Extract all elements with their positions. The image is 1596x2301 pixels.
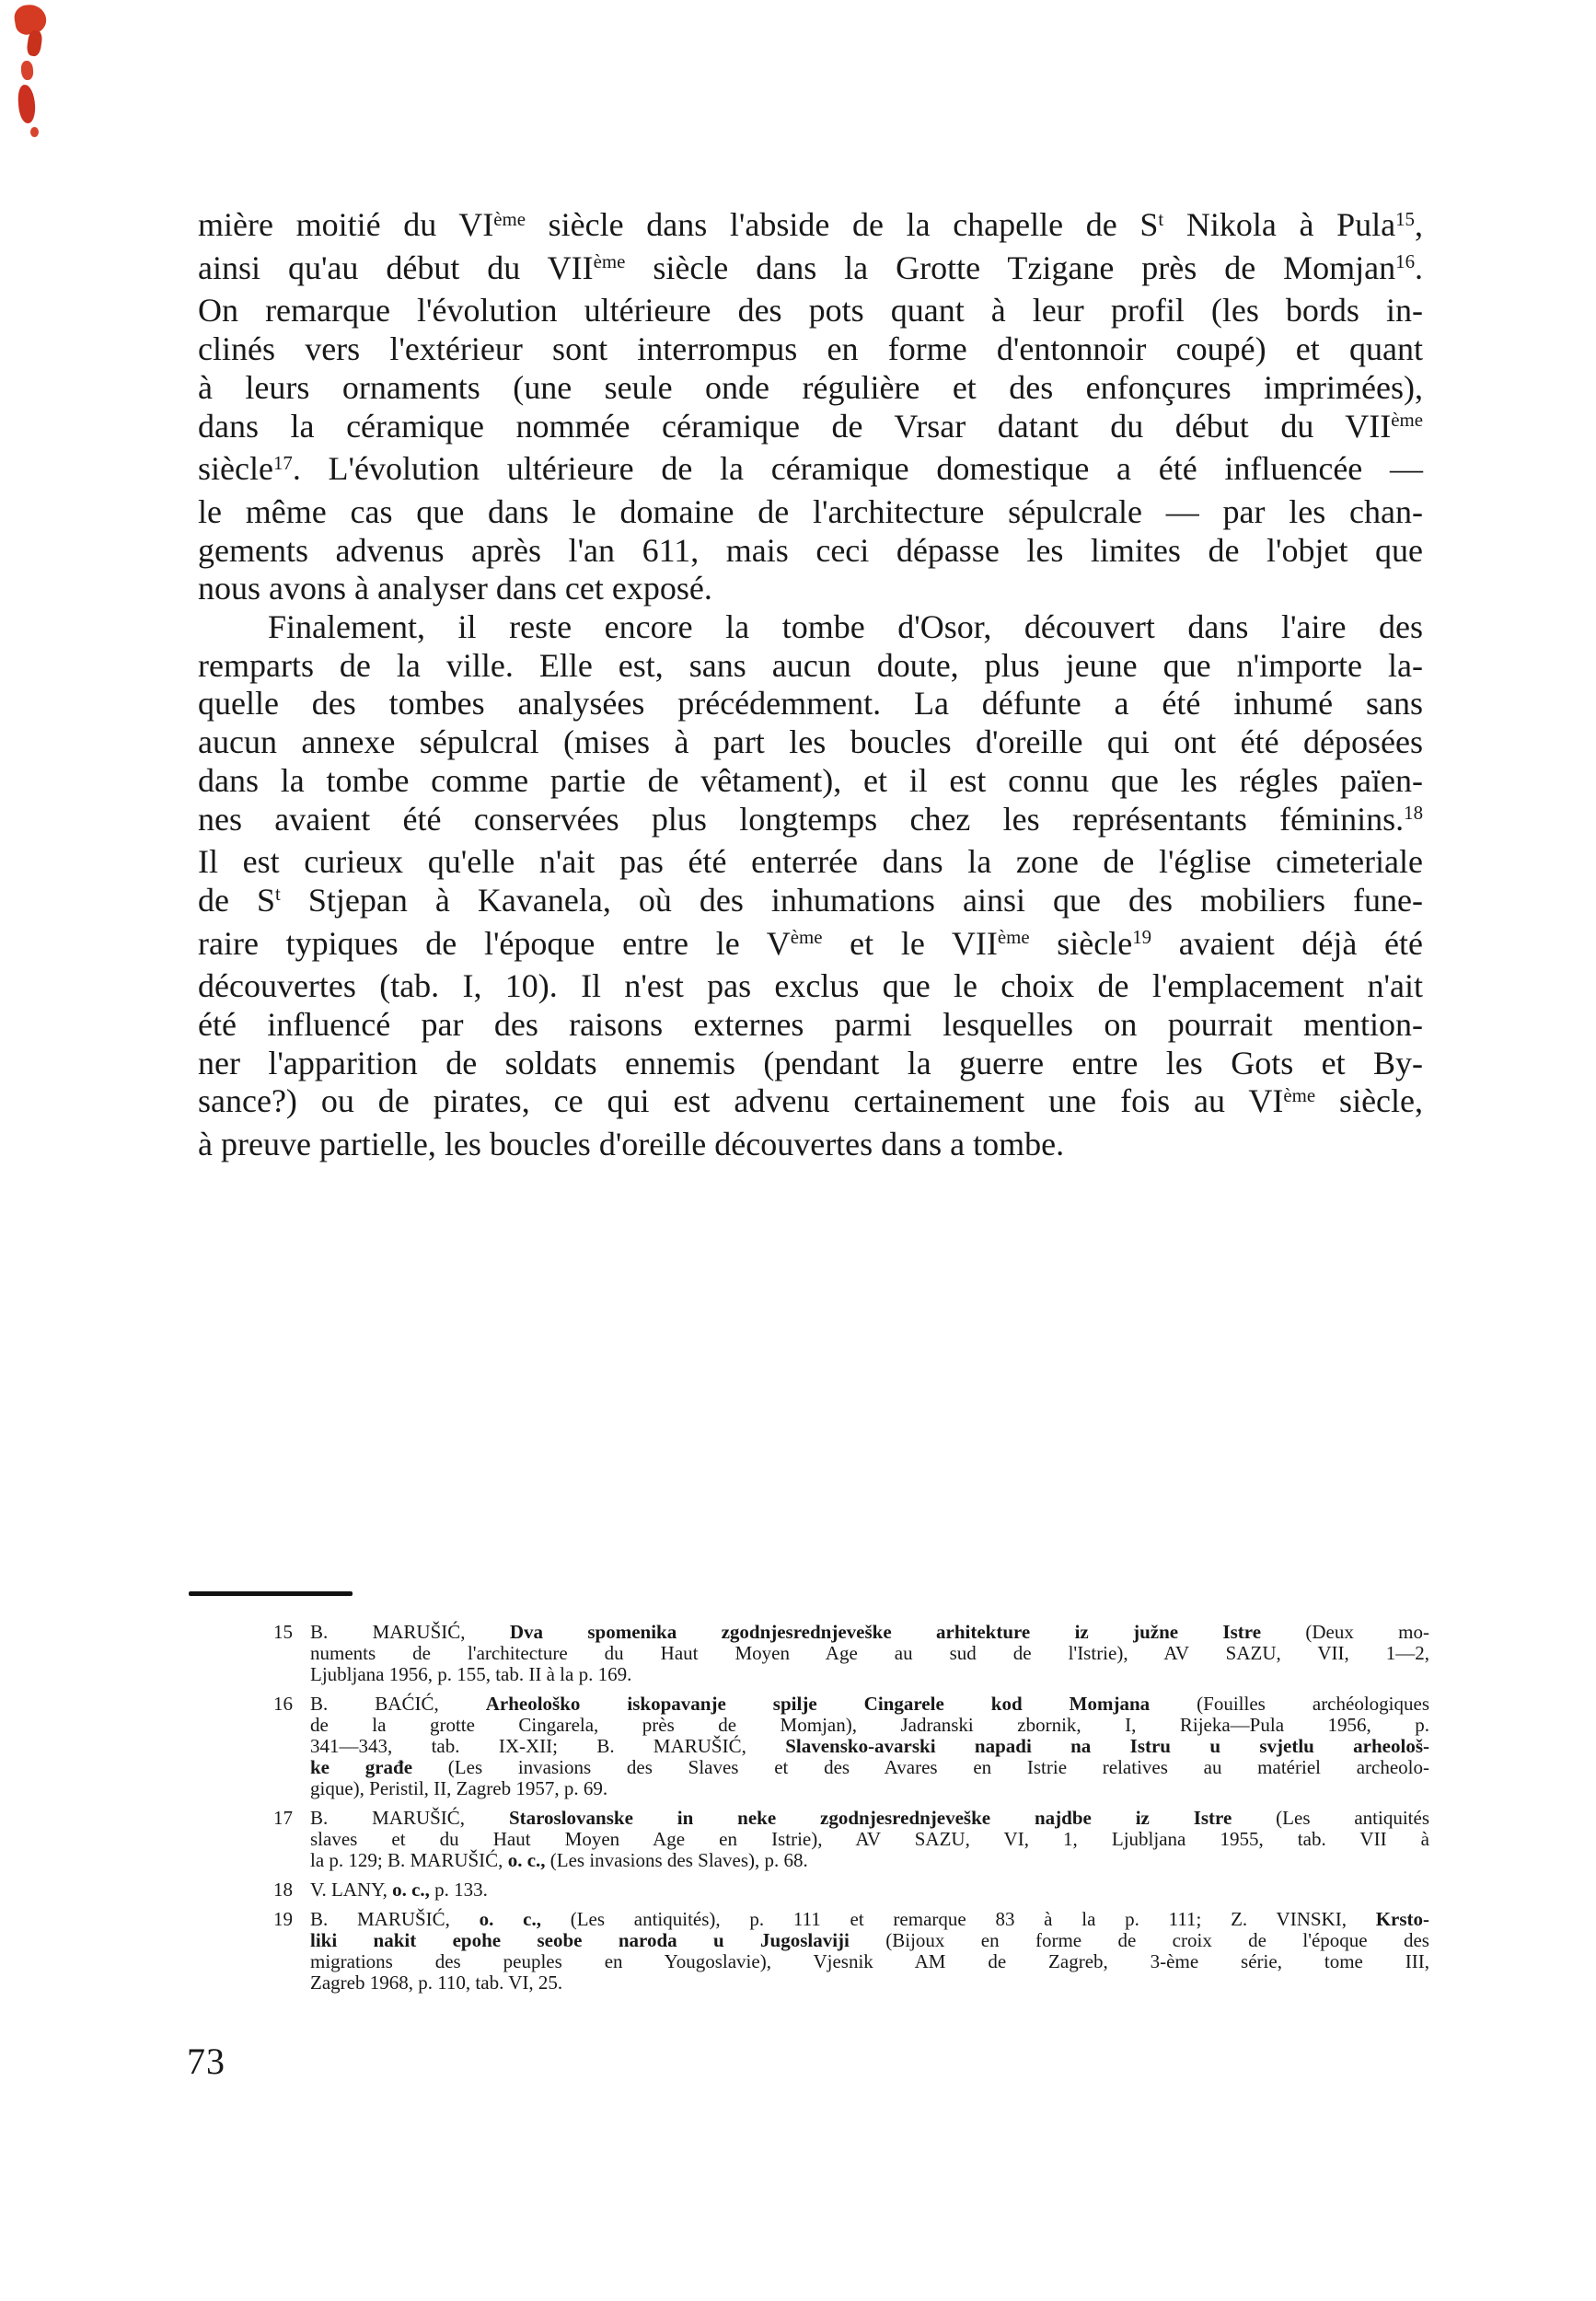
text-line: dans la tombe comme partie de vêtament),…: [198, 762, 1423, 801]
text-line: Finalement, il reste encore la tombe d'O…: [198, 608, 1423, 647]
text-line: de St Stjepan à Kavanela, où des inhumat…: [198, 882, 1423, 925]
footnote: 16B. BAĆIĆ, Arheološko iskopavanje spilj…: [310, 1694, 1429, 1799]
red-mark: [30, 127, 39, 137]
text-line: numents de l'architecture du Haut Moyen …: [310, 1643, 1429, 1664]
footnotes: 15B. MARUŠIĆ, Dva spomenika zgodnjesredn…: [310, 1622, 1429, 2002]
red-mark: [17, 85, 36, 124]
text-line: aucun annexe sépulcral (mises à part les…: [198, 723, 1423, 762]
text-line: sance?) ou de pirates, ce qui est advenu…: [198, 1082, 1423, 1126]
text-line: à preuve partielle, les boucles d'oreill…: [198, 1126, 1423, 1164]
text-line: découvertes (tab. I, 10). Il n'est pas e…: [198, 967, 1423, 1006]
text-line: liki nakit epohe seobe naroda u Jugoslav…: [310, 1930, 1429, 1951]
text-line: Zagreb 1968, p. 110, tab. VI, 25.: [310, 1972, 1429, 1994]
footnote-number: 16: [273, 1694, 303, 1715]
text-line: ainsi qu'au début du VIIème siècle dans …: [198, 249, 1423, 293]
text-line: la p. 129; B. MARUŠIĆ, o. c., (Les invas…: [310, 1850, 1429, 1871]
text-line: On remarque l'évolution ultérieure des p…: [198, 292, 1423, 330]
text-line: nes avaient été conservées plus longtemp…: [198, 801, 1423, 844]
text-line: ner l'apparition de soldats ennemis (pen…: [198, 1045, 1423, 1083]
text-line: siècle17. L'évolution ultérieure de la c…: [198, 450, 1423, 493]
text-line: slaves et du Haut Moyen Age en Istrie), …: [310, 1829, 1429, 1850]
text-line: nous avons à analyser dans cet exposé.: [198, 570, 1423, 608]
text-line: B. MARUŠIĆ, o. c., (Les antiquités), p. …: [310, 1909, 1429, 1930]
footnote-number: 18: [273, 1879, 303, 1901]
footnote-number: 17: [273, 1808, 303, 1829]
text-line: ke građe (Les invasions des Slaves et de…: [310, 1757, 1429, 1778]
text-line: clinés vers l'extérieur sont interrompus…: [198, 330, 1423, 369]
footnote: 18V. LANY, o. c., p. 133.: [310, 1879, 1429, 1901]
text-line: mière moitié du VIème siècle dans l'absi…: [198, 206, 1423, 249]
text-line: B. MARUŠIĆ, Staroslovanske in neke zgodn…: [310, 1808, 1429, 1829]
body-text: mière moitié du VIème siècle dans l'absi…: [198, 206, 1423, 1164]
paragraph: mière moitié du VIème siècle dans l'absi…: [198, 206, 1423, 608]
text-line: Ljubljana 1956, p. 155, tab. II à la p. …: [310, 1664, 1429, 1685]
text-line: de la grotte Cingarela, près de Momjan),…: [310, 1715, 1429, 1736]
document-page: mière moitié du VIème siècle dans l'absi…: [0, 0, 1596, 2301]
text-line: B. MARUŠIĆ, Dva spomenika zgodnjesrednje…: [310, 1622, 1429, 1643]
text-line: B. BAĆIĆ, Arheološko iskopavanje spilje …: [310, 1694, 1429, 1715]
text-line: gements advenus après l'an 611, mais cec…: [198, 532, 1423, 571]
red-ink-marks: [0, 0, 83, 156]
text-line: le même cas que dans le domaine de l'arc…: [198, 493, 1423, 532]
text-line: 341—343, tab. IX-XII; B. MARUŠIĆ, Slaven…: [310, 1736, 1429, 1757]
paragraph: Finalement, il reste encore la tombe d'O…: [198, 608, 1423, 1164]
text-line: V. LANY, o. c., p. 133.: [310, 1879, 1429, 1901]
footnote-number: 19: [273, 1909, 303, 1930]
page-number: 73: [187, 2040, 226, 2083]
text-line: migrations des peuples en Yougoslavie), …: [310, 1951, 1429, 1972]
text-line: raire typiques de l'époque entre le Vème…: [198, 925, 1423, 968]
footnote: 19B. MARUŠIĆ, o. c., (Les antiquités), p…: [310, 1909, 1429, 1994]
text-line: quelle des tombes analysées précédemment…: [198, 685, 1423, 723]
footnote-number: 15: [273, 1622, 303, 1643]
text-line: été influencé par des raisons externes p…: [198, 1006, 1423, 1045]
red-mark: [20, 60, 34, 80]
text-line: Il est curieux qu'elle n'ait pas été ent…: [198, 843, 1423, 882]
footnote-separator: [189, 1591, 353, 1596]
footnote: 17B. MARUŠIĆ, Staroslovanske in neke zgo…: [310, 1808, 1429, 1871]
footnote: 15B. MARUŠIĆ, Dva spomenika zgodnjesredn…: [310, 1622, 1429, 1685]
text-line: dans la céramique nommée céramique de Vr…: [198, 408, 1423, 451]
text-line: remparts de la ville. Elle est, sans auc…: [198, 647, 1423, 686]
text-line: à leurs ornaments (une seule onde réguli…: [198, 369, 1423, 408]
text-line: gique), Peristil, II, Zagreb 1957, p. 69…: [310, 1778, 1429, 1799]
